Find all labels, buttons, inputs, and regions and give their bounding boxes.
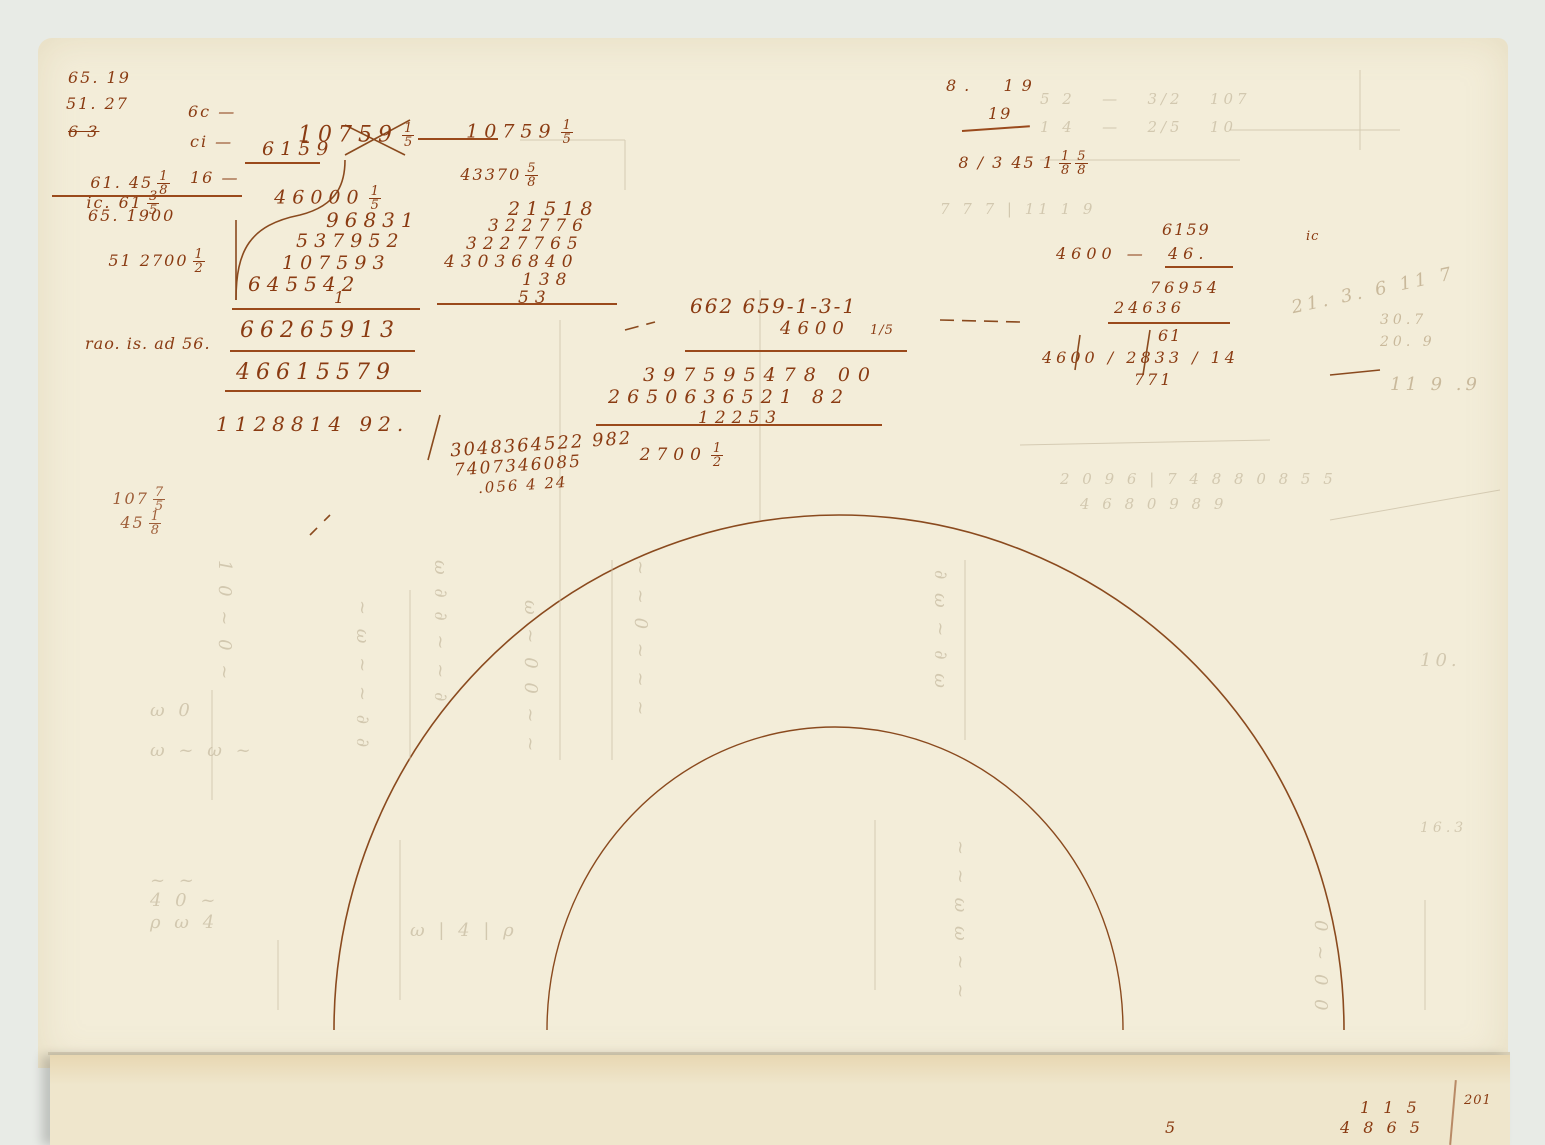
column-row: 43036840 bbox=[444, 254, 579, 271]
faint-text: ω ~ 0 0 ~ ~ bbox=[520, 600, 541, 755]
fraction: 15 bbox=[561, 119, 573, 146]
division-rule bbox=[685, 350, 907, 352]
fraction: 58 bbox=[525, 162, 537, 189]
center-row: 397595478 00 bbox=[643, 366, 878, 385]
divisor-fraction: 1/5 bbox=[870, 324, 894, 337]
mult-row: 537952 bbox=[296, 232, 405, 251]
value: 43370 bbox=[460, 165, 521, 184]
faint-text: ~ ω ~ ~ ∂ ∂ bbox=[352, 600, 373, 751]
note-line: 4518 bbox=[92, 494, 161, 553]
faint-text: 2 0 9 6 | 7 4 8 8 0 8 5 5 bbox=[1060, 470, 1337, 488]
column-row: 322776 bbox=[488, 218, 589, 235]
tr-row: 19 bbox=[988, 106, 1012, 122]
faint-text: ~ ~ bbox=[150, 870, 198, 891]
fraction: 12 bbox=[193, 248, 205, 275]
rule bbox=[1165, 266, 1233, 268]
underline bbox=[245, 162, 320, 164]
sum-rule bbox=[232, 308, 420, 310]
right-row: 4600 — 46. bbox=[1056, 246, 1208, 262]
row-value: 1075915 bbox=[246, 100, 414, 171]
faint-note: 11 9 .9 bbox=[1390, 374, 1481, 395]
value: 46000 bbox=[274, 187, 364, 209]
center-row: 2650636521 82 bbox=[608, 388, 850, 407]
ratio-label: rao. is. ad 56. bbox=[85, 336, 211, 352]
faint-text: 0 ~ 0 0 bbox=[1310, 920, 1331, 1015]
inner-arc bbox=[547, 727, 1123, 1030]
mult-row: 107593 bbox=[282, 254, 391, 273]
mult-result: 66265913 bbox=[240, 320, 400, 342]
faint-text: ~ ~ 0 ~ ~ ~ bbox=[630, 560, 651, 719]
right-row: 6159 bbox=[1162, 222, 1211, 238]
sum-rule bbox=[437, 303, 617, 305]
underline bbox=[418, 138, 498, 140]
bottom-fragment: 5 bbox=[1165, 1120, 1177, 1136]
fraction: 15 bbox=[402, 122, 414, 149]
faint-note: 20. 9 bbox=[1380, 334, 1436, 350]
column-row: 3227765 bbox=[466, 236, 584, 253]
right-row: 4600 / 2833 / 14 bbox=[1042, 350, 1239, 366]
column-row: 138 bbox=[522, 272, 572, 289]
tr-row: 8 / 3 45 11858 bbox=[930, 134, 1088, 193]
quotient-rule bbox=[225, 390, 421, 392]
faint-text: 4 0 ~ bbox=[150, 890, 219, 911]
row-label: 6c — bbox=[188, 104, 236, 120]
underline bbox=[52, 195, 242, 197]
note-line: 65. 19 bbox=[68, 70, 131, 86]
top-divisor: 4600 bbox=[780, 320, 850, 338]
right-row: 76954 bbox=[1150, 280, 1221, 296]
outer-arc bbox=[334, 515, 1344, 1030]
faint-text: ω | 4 | ρ bbox=[410, 920, 518, 941]
value: 8 / 3 45 1 bbox=[958, 153, 1055, 172]
faint-text: 7 7 7 | 11 1 9 bbox=[940, 200, 1096, 218]
faint-text: ~ ~ ω ω ~ ~ bbox=[950, 840, 971, 1002]
faint-text: 10. bbox=[1420, 650, 1461, 671]
bottom-fragment: 1 1 5 bbox=[1360, 1100, 1421, 1116]
quotient: 1128814 92. bbox=[216, 414, 409, 434]
right-row: 24636 bbox=[1114, 300, 1185, 316]
bottom-fragment: 201 bbox=[1464, 1094, 1492, 1107]
cross-result: 4337058 bbox=[432, 146, 538, 205]
fraction: 12 bbox=[711, 442, 723, 469]
row-value: 6159 bbox=[262, 140, 334, 159]
struck-note: 6 3 bbox=[68, 124, 99, 140]
note-line: 51 270012 bbox=[80, 232, 205, 291]
faint-text: 1 4 — 2/5 10 bbox=[1040, 118, 1237, 136]
fraction: 58 bbox=[1075, 150, 1087, 177]
divisor: 46615579 bbox=[236, 362, 396, 384]
rule bbox=[1108, 322, 1230, 324]
right-row: 771 bbox=[1134, 372, 1174, 388]
note-line: 65. 1900 bbox=[88, 208, 175, 224]
faint-text: 4 6 8 0 9 8 9 bbox=[1080, 495, 1227, 513]
faint-text: ω ~ ω ~ bbox=[150, 740, 255, 761]
row-label: ci — bbox=[190, 134, 233, 150]
note-ic: ic bbox=[1306, 230, 1319, 243]
faint-text: 1 0 ~ 0 ~ bbox=[214, 560, 235, 683]
value: 2700 bbox=[640, 445, 707, 465]
mult-row: 96831 bbox=[326, 210, 420, 230]
fraction: 18 bbox=[1059, 150, 1071, 177]
faint-text: 16.3 bbox=[1420, 820, 1467, 836]
top-value: 662 659-1-3-1 bbox=[690, 296, 857, 316]
mult-row: 1 bbox=[334, 290, 350, 306]
note-value: 45 bbox=[120, 513, 144, 532]
faint-text: ∂ ω ~ ∂ ω bbox=[930, 570, 951, 692]
faint-text: 5 2 — 3/2 107 bbox=[1040, 90, 1251, 108]
bottom-fragment: 4 8 6 5 bbox=[1340, 1120, 1424, 1136]
division-rule bbox=[230, 350, 415, 352]
faint-text: ω ∂ ∂ ~ ~ ∂ bbox=[430, 560, 451, 705]
note-value: 51 2700 bbox=[108, 251, 188, 270]
fraction: 18 bbox=[149, 510, 161, 537]
faint-text: ρ ω 4 bbox=[150, 912, 218, 933]
faint-text: ω 0 bbox=[150, 700, 194, 721]
note-line: 51. 27 bbox=[66, 96, 129, 112]
faint-note: 30.7 bbox=[1380, 312, 1427, 328]
tr-row: 8. 19 bbox=[946, 78, 1040, 94]
right-row: 61 bbox=[1158, 328, 1182, 344]
